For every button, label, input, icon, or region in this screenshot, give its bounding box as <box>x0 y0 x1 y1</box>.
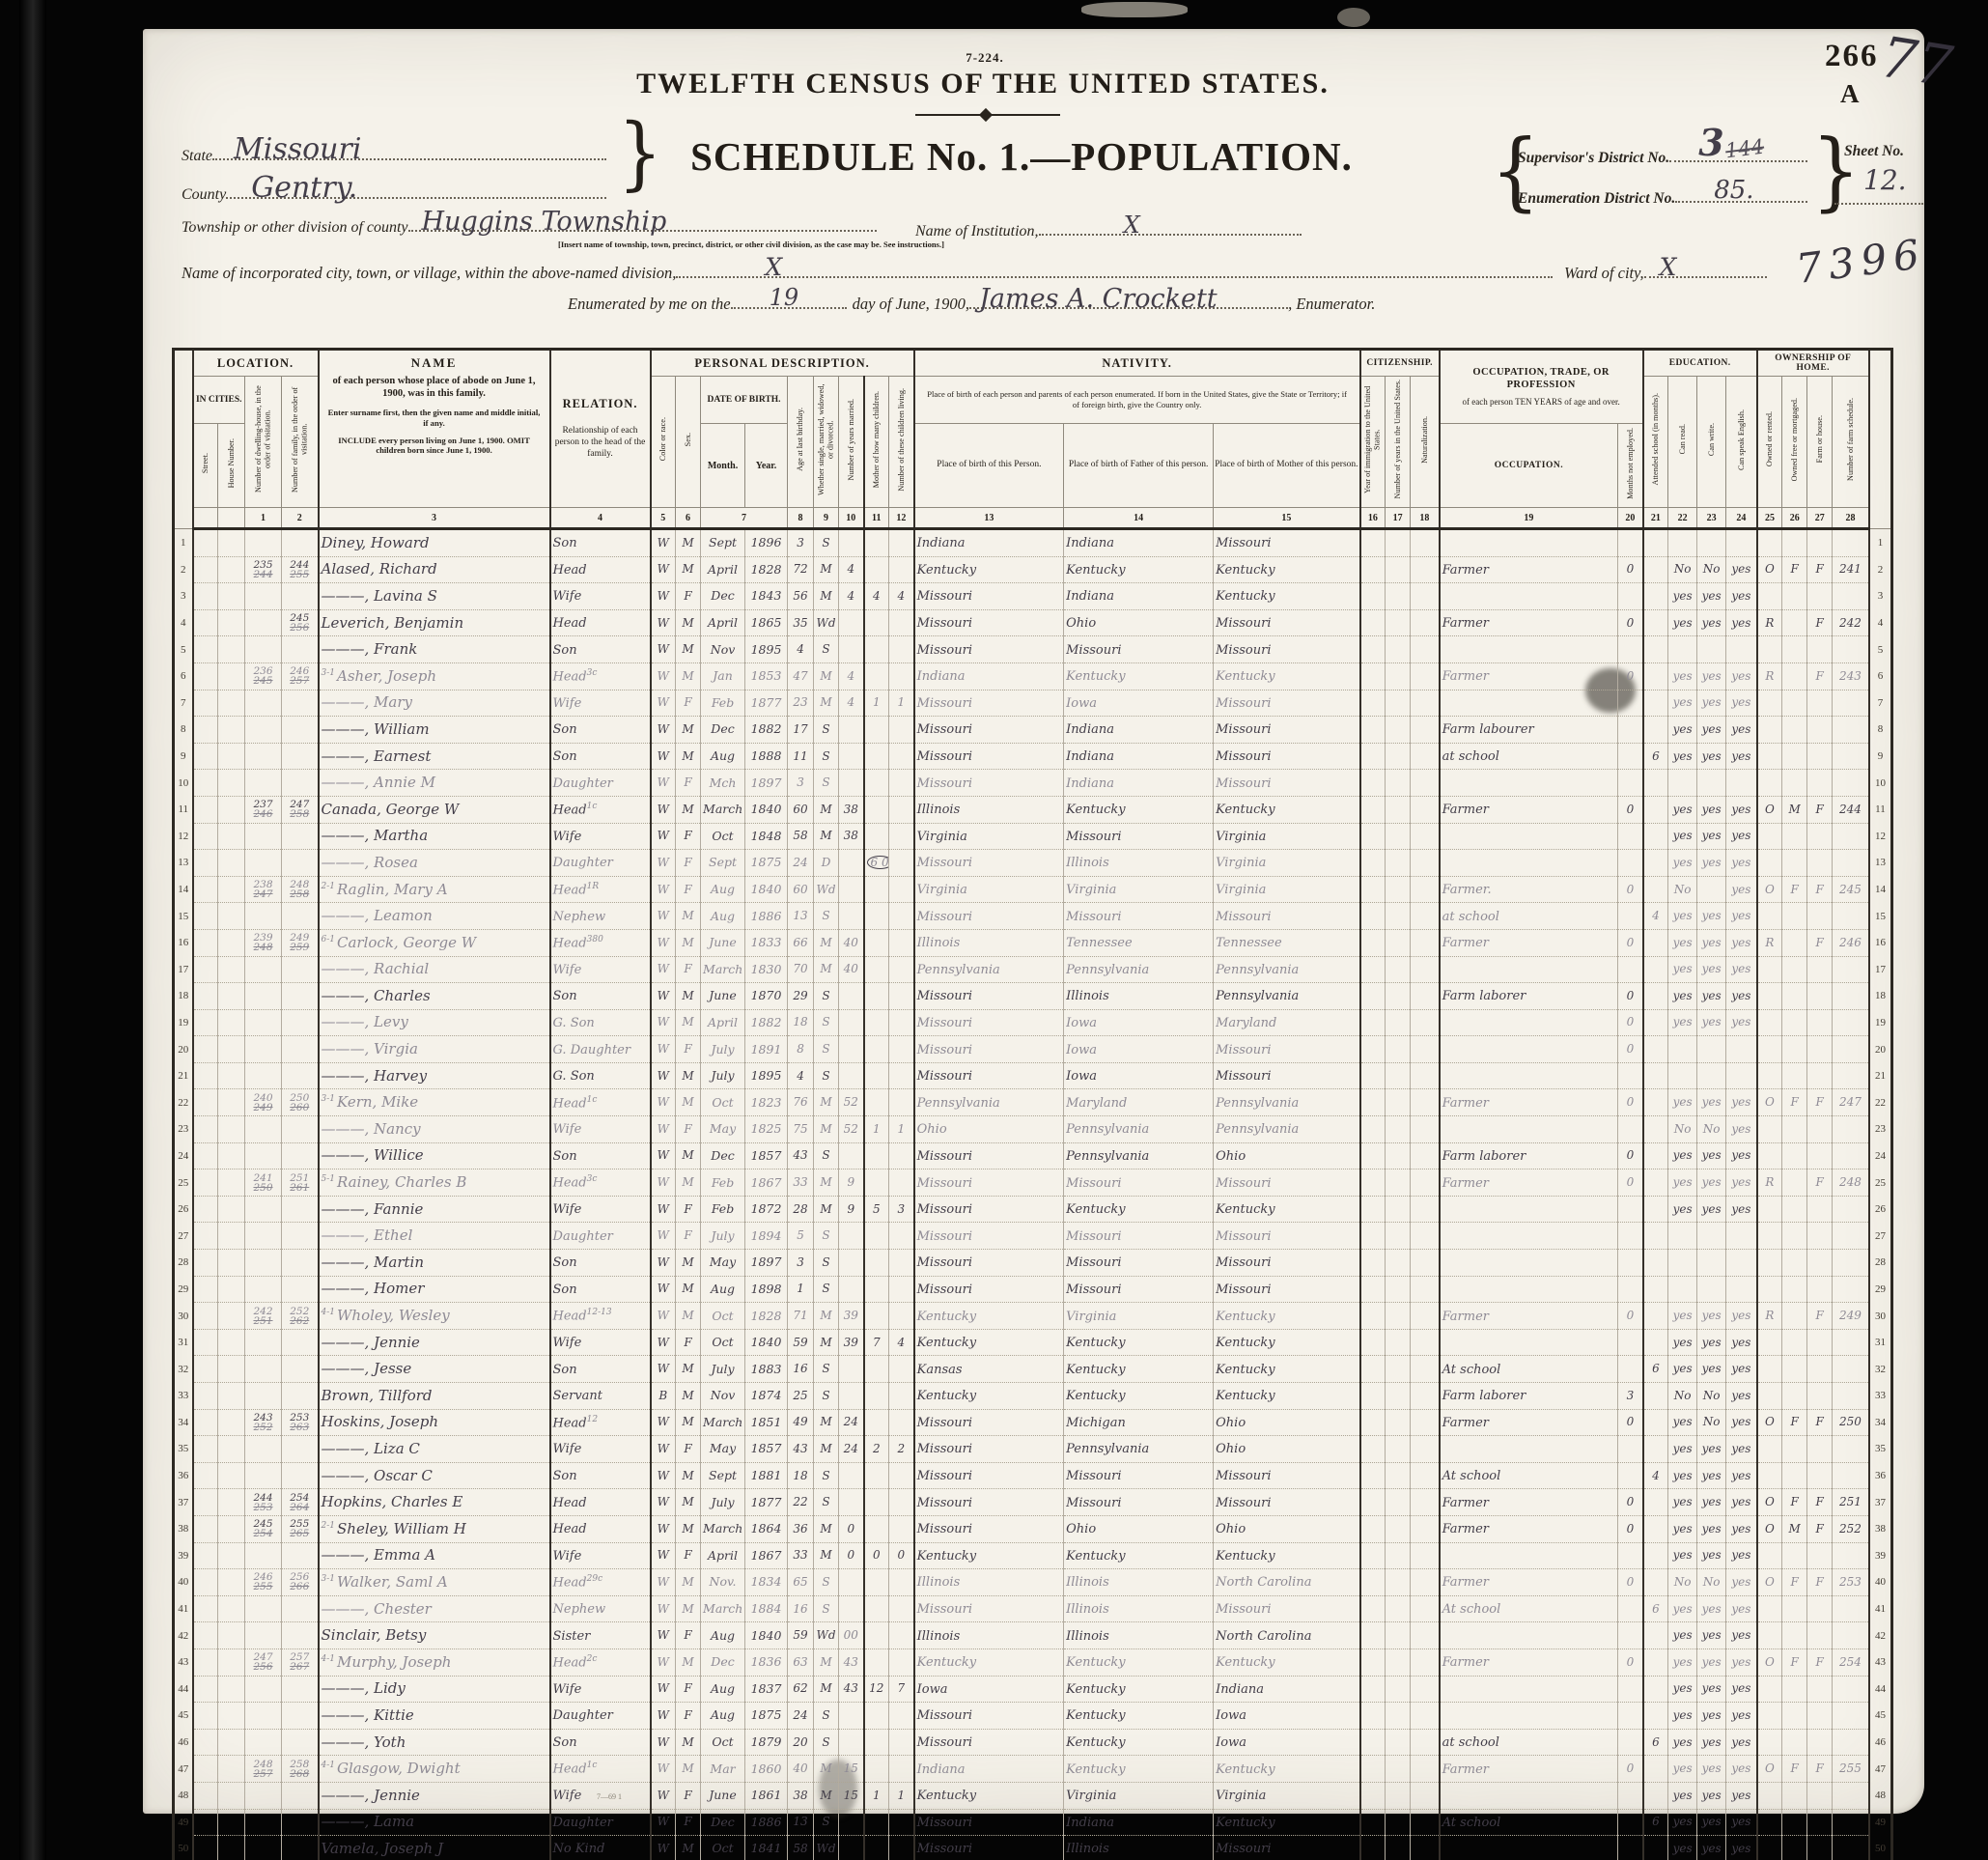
cell-name: ———, Levy <box>319 1009 550 1036</box>
cell-owned-rented <box>1757 1622 1782 1649</box>
cell-immigration-year <box>1360 1170 1386 1197</box>
cell-farm-house: F <box>1807 876 1833 903</box>
cell-house-number <box>218 770 245 797</box>
cell-color-race: W <box>651 1489 676 1516</box>
cell-speak-english: yes <box>1726 1782 1757 1809</box>
cell-speak-english <box>1726 1062 1757 1089</box>
cell-birthplace-person: Missouri <box>914 690 1064 717</box>
cell-months-not-employed <box>1618 903 1643 930</box>
census-row: 37244253254264Hopkins, Charles EHeadWMJu… <box>174 1489 1892 1516</box>
cell-farm-schedule <box>1833 1729 1869 1756</box>
cell-birth-month: Nov <box>701 636 745 663</box>
cell-occupation: Farmer <box>1440 1756 1618 1783</box>
line-number-right: 18 <box>1869 983 1892 1010</box>
cell-can-write: No <box>1697 1116 1726 1143</box>
cell-years-married: 15 <box>839 1756 864 1783</box>
cell-speak-english <box>1726 529 1757 557</box>
cell-attended-school <box>1643 529 1668 557</box>
cell-name: Leverich, Benjamin <box>319 609 550 636</box>
cell-birthplace-person: Indiana <box>914 662 1064 690</box>
cell-occupation: At school <box>1440 1595 1618 1622</box>
cell-occupation <box>1440 1250 1618 1277</box>
cell-name: ———, Martha <box>319 823 550 850</box>
cell-can-write: yes <box>1697 1489 1726 1516</box>
census-row: 42Sinclair, BetsySisterWFAug184059Wd00Il… <box>174 1622 1892 1649</box>
cell-age: 71 <box>788 1303 814 1330</box>
cell-farm-schedule: 246 <box>1833 929 1869 956</box>
margin-left-header <box>174 350 193 529</box>
cell-color-race: W <box>651 929 676 956</box>
cell-birthplace-father: Kentucky <box>1064 1542 1214 1569</box>
cell-immigration-year <box>1360 796 1386 823</box>
line-number-left: 9 <box>174 743 193 770</box>
cell-occupation <box>1440 1436 1618 1463</box>
cell-attended-school <box>1643 983 1668 1010</box>
cell-family-number: 255265 <box>282 1515 319 1542</box>
cell-birth-month: June <box>701 929 745 956</box>
cell-farm-schedule: 253 <box>1833 1569 1869 1596</box>
cell-mother-of-children: 0 <box>864 1542 889 1569</box>
cell-birth-month: Sept <box>701 1462 745 1489</box>
cell-immigration-year <box>1360 1756 1386 1783</box>
cell-mother-of-children <box>864 1276 889 1303</box>
cell-farm-schedule <box>1833 636 1869 663</box>
cell-years-married <box>839 850 864 877</box>
cell-children-living <box>889 1462 914 1489</box>
cell-street <box>193 903 218 930</box>
cell-mother-of-children <box>864 823 889 850</box>
cell-family-number: 253263 <box>282 1409 319 1436</box>
line-number-right: 35 <box>1869 1436 1892 1463</box>
line-number-right: 6 <box>1869 662 1892 690</box>
cell-immigration-year <box>1360 1489 1386 1516</box>
cell-house-number <box>218 529 245 557</box>
col-children-living: Number of these children living. <box>889 377 914 508</box>
cell-children-living <box>889 1223 914 1250</box>
cell-free-mortgaged: F <box>1782 1569 1807 1596</box>
cell-color-race: W <box>651 1089 676 1116</box>
cell-naturalization <box>1411 556 1440 583</box>
cell-color-race: W <box>651 1250 676 1277</box>
enumerated-mid: day of June, 1900, <box>853 295 969 314</box>
cell-house-number <box>218 1116 245 1143</box>
col-birthplace-mother: Place of birth of Mother of this person. <box>1214 424 1360 508</box>
line-number-right: 5 <box>1869 636 1892 663</box>
cell-years-married <box>839 1462 864 1489</box>
cell-family-number <box>282 1595 319 1622</box>
colnum-14: 14 <box>1064 508 1214 529</box>
cell-speak-english: yes <box>1726 662 1757 690</box>
cell-months-not-employed: 0 <box>1618 556 1643 583</box>
colnum-28: 28 <box>1833 508 1869 529</box>
line-number-left: 21 <box>174 1062 193 1089</box>
cell-owned-rented <box>1757 1383 1782 1410</box>
cell-birthplace-mother: North Carolina <box>1214 1569 1360 1596</box>
cell-mother-of-children <box>864 1036 889 1063</box>
cell-can-read: yes <box>1668 1836 1697 1860</box>
cell-mother-of-children <box>864 770 889 797</box>
cell-naturalization <box>1411 1489 1440 1516</box>
cell-mother-of-children <box>864 876 889 903</box>
cell-farm-schedule: 255 <box>1833 1756 1869 1783</box>
film-streak <box>19 0 46 1860</box>
cell-birth-year: 1877 <box>745 690 788 717</box>
cell-years-married <box>839 1009 864 1036</box>
col-year: Year. <box>745 424 788 508</box>
cell-marital-status: S <box>814 1009 839 1036</box>
cell-free-mortgaged <box>1782 1836 1807 1860</box>
cell-dwelling-number: 237246 <box>245 796 282 823</box>
institution-value: X <box>1124 211 1140 239</box>
cell-birthplace-mother: Pennsylvania <box>1214 983 1360 1010</box>
cell-years-in-us <box>1386 1116 1411 1143</box>
cell-color-race: W <box>651 1276 676 1303</box>
cell-birthplace-person: Missouri <box>914 1250 1064 1277</box>
cell-owned-rented <box>1757 1542 1782 1569</box>
cell-occupation <box>1440 1542 1618 1569</box>
cell-birthplace-mother: Virginia <box>1214 823 1360 850</box>
cell-speak-english: yes <box>1726 1649 1757 1676</box>
cell-attended-school <box>1643 717 1668 744</box>
cell-years-married <box>839 983 864 1010</box>
cell-dwelling-number <box>245 1462 282 1489</box>
cell-farm-house <box>1807 1383 1833 1410</box>
cell-birthplace-mother: Virginia <box>1214 850 1360 877</box>
cell-street <box>193 1462 218 1489</box>
cell-house-number <box>218 1729 245 1756</box>
census-row: 45———, KittieDaughterWFAug187524SMissour… <box>174 1703 1892 1730</box>
line-number-right: 9 <box>1869 743 1892 770</box>
cell-color-race: W <box>651 636 676 663</box>
cell-can-write: yes <box>1697 1009 1726 1036</box>
cell-free-mortgaged <box>1782 1142 1807 1170</box>
cell-naturalization <box>1411 1569 1440 1596</box>
cell-immigration-year <box>1360 1809 1386 1836</box>
cell-mother-of-children <box>864 717 889 744</box>
cell-occupation <box>1440 1009 1618 1036</box>
cell-attended-school <box>1643 1703 1668 1730</box>
cell-birthplace-person: Missouri <box>914 1703 1064 1730</box>
cell-relation: Wife <box>550 583 651 610</box>
cell-children-living <box>889 823 914 850</box>
census-row: 18———, CharlesSonWMJune187029SMissouriIl… <box>174 983 1892 1010</box>
enumerated-post: , Enumerator. <box>1288 295 1375 314</box>
cell-can-read: yes <box>1668 1542 1697 1569</box>
cell-farm-house <box>1807 583 1833 610</box>
cell-house-number <box>218 1276 245 1303</box>
cell-birthplace-mother: Kentucky <box>1214 1196 1360 1223</box>
cell-birth-month: Aug <box>701 1703 745 1730</box>
cell-birthplace-father: Missouri <box>1064 823 1214 850</box>
section-location: LOCATION. <box>193 350 319 377</box>
cell-months-not-employed: 3 <box>1618 1383 1643 1410</box>
cell-mother-of-children: 4 <box>864 583 889 610</box>
cell-immigration-year <box>1360 1836 1386 1860</box>
table-header: LOCATION. NAME of each person whose plac… <box>174 350 1892 529</box>
cell-can-read: No <box>1668 556 1697 583</box>
cell-owned-rented: O <box>1757 796 1782 823</box>
cell-birth-year: 1886 <box>745 1809 788 1836</box>
cell-years-married <box>839 636 864 663</box>
cell-free-mortgaged: F <box>1782 556 1807 583</box>
cell-birth-month: July <box>701 1223 745 1250</box>
cell-birth-year: 1840 <box>745 1329 788 1356</box>
cell-immigration-year <box>1360 1436 1386 1463</box>
cell-naturalization <box>1411 1170 1440 1197</box>
cell-sex: M <box>676 609 701 636</box>
cell-relation: Wife <box>550 956 651 983</box>
cell-birth-month: Feb <box>701 1196 745 1223</box>
cell-marital-status: S <box>814 1569 839 1596</box>
cell-children-living <box>889 743 914 770</box>
cell-birthplace-person: Illinois <box>914 1569 1064 1596</box>
cell-children-living <box>889 1036 914 1063</box>
cell-age: 17 <box>788 717 814 744</box>
cell-sex: F <box>676 1809 701 1836</box>
cell-dwelling-number: 239248 <box>245 929 282 956</box>
cell-house-number <box>218 1809 245 1836</box>
line-number-right: 14 <box>1869 876 1892 903</box>
cell-immigration-year <box>1360 1595 1386 1622</box>
cell-color-race: W <box>651 1595 676 1622</box>
section-personal: PERSONAL DESCRIPTION. <box>651 350 914 377</box>
cell-relation: G. Daughter <box>550 1036 651 1063</box>
cell-age: 47 <box>788 662 814 690</box>
cell-street <box>193 690 218 717</box>
cell-marital-status: S <box>814 1595 839 1622</box>
cell-birthplace-person: Kentucky <box>914 1329 1064 1356</box>
cell-birthplace-mother: Tennessee <box>1214 929 1360 956</box>
cell-age: 28 <box>788 1196 814 1223</box>
cell-color-race: W <box>651 1703 676 1730</box>
enumeration-line: 85. <box>1675 185 1807 203</box>
cell-birth-month: May <box>701 1250 745 1277</box>
cell-birthplace-person: Kentucky <box>914 1542 1064 1569</box>
cell-occupation <box>1440 1036 1618 1063</box>
cell-occupation: Farm laborer <box>1440 1142 1618 1170</box>
census-row: 11237246247258Canada, George WHead1cWMMa… <box>174 796 1892 823</box>
cell-birthplace-mother: North Carolina <box>1214 1622 1360 1649</box>
cell-farm-house <box>1807 717 1833 744</box>
cell-birthplace-mother: Missouri <box>1214 1462 1360 1489</box>
cell-immigration-year <box>1360 1569 1386 1596</box>
cell-relation: Wife <box>550 1196 651 1223</box>
cell-age: 60 <box>788 796 814 823</box>
cell-years-married: 15 <box>839 1782 864 1809</box>
cell-owned-rented: O <box>1757 1489 1782 1516</box>
cell-speak-english: yes <box>1726 1836 1757 1860</box>
cell-children-living <box>889 929 914 956</box>
cell-years-in-us <box>1386 636 1411 663</box>
cell-birthplace-person: Iowa <box>914 1676 1064 1703</box>
cell-birthplace-person: Missouri <box>914 609 1064 636</box>
cell-family-number <box>282 1436 319 1463</box>
cell-birthplace-mother: Missouri <box>1214 1062 1360 1089</box>
cell-speak-english: yes <box>1726 1729 1757 1756</box>
cell-immigration-year <box>1360 1622 1386 1649</box>
cell-birthplace-mother: Iowa <box>1214 1703 1360 1730</box>
state-field: State Missouri <box>182 143 606 165</box>
cell-can-write: yes <box>1697 929 1726 956</box>
cell-years-married: 38 <box>839 823 864 850</box>
census-row: 15———, LeamonNephewWMAug188613SMissouriM… <box>174 903 1892 930</box>
cell-years-in-us <box>1386 1462 1411 1489</box>
cell-can-write <box>1697 1250 1726 1277</box>
cell-owned-rented <box>1757 1836 1782 1860</box>
cell-marital-status: M <box>814 1089 839 1116</box>
district-brace-close: } <box>1811 121 1861 219</box>
cell-sex: M <box>676 983 701 1010</box>
cell-farm-house: F <box>1807 609 1833 636</box>
cell-attended-school: 6 <box>1643 1809 1668 1836</box>
cell-farm-house: F <box>1807 1409 1833 1436</box>
census-rows: 1Diney, HowardSonWMSept18963SIndianaIndi… <box>174 529 1892 1860</box>
cell-years-married <box>839 1489 864 1516</box>
cell-naturalization <box>1411 770 1440 797</box>
cell-name: 3-1Walker, Saml A <box>319 1569 550 1596</box>
line-number-right: 19 <box>1869 1009 1892 1036</box>
cell-immigration-year <box>1360 850 1386 877</box>
cell-naturalization <box>1411 1250 1440 1277</box>
cell-dwelling-number <box>245 743 282 770</box>
cell-months-not-employed: 0 <box>1618 1756 1643 1783</box>
cell-name: Vamela, Joseph J <box>319 1836 550 1860</box>
cell-months-not-employed <box>1618 1116 1643 1143</box>
cell-sex: M <box>676 1276 701 1303</box>
cell-name: 3-1Asher, Joseph <box>319 662 550 690</box>
cell-owned-rented <box>1757 1729 1782 1756</box>
cell-occupation: Farmer <box>1440 609 1618 636</box>
cell-family-number <box>282 1276 319 1303</box>
cell-immigration-year <box>1360 1676 1386 1703</box>
cell-name: ———, Jennie <box>319 1329 550 1356</box>
cell-years-married: 40 <box>839 956 864 983</box>
cell-free-mortgaged <box>1782 1782 1807 1809</box>
cell-color-race: B <box>651 1383 676 1410</box>
cell-years-in-us <box>1386 1515 1411 1542</box>
census-row: 29———, HomerSonWMAug18981SMissouriMissou… <box>174 1276 1892 1303</box>
cell-relation: Head380 <box>550 929 651 956</box>
census-row: 222402492502603-1Kern, MikeHead1cWMOct18… <box>174 1089 1892 1116</box>
cell-can-read: yes <box>1668 1089 1697 1116</box>
cell-can-write: yes <box>1697 1756 1726 1783</box>
cell-farm-schedule <box>1833 529 1869 557</box>
cell-can-read: yes <box>1668 1436 1697 1463</box>
cell-owned-rented <box>1757 1436 1782 1463</box>
cell-family-number <box>282 956 319 983</box>
cell-free-mortgaged <box>1782 1116 1807 1143</box>
cell-birthplace-father: Kentucky <box>1064 1329 1214 1356</box>
line-number-left: 24 <box>174 1142 193 1170</box>
cell-sex: M <box>676 662 701 690</box>
cell-years-married: 4 <box>839 556 864 583</box>
col-birthplace-father: Place of birth of Father of this person. <box>1064 424 1214 508</box>
cell-can-write <box>1697 770 1726 797</box>
cell-dwelling-number <box>245 1329 282 1356</box>
line-number-right: 37 <box>1869 1489 1892 1516</box>
census-row: 23———, NancyWifeWFMay182575M5211OhioPenn… <box>174 1116 1892 1143</box>
cell-years-married: 0 <box>839 1515 864 1542</box>
cell-occupation <box>1440 1062 1618 1089</box>
cell-age: 4 <box>788 636 814 663</box>
cell-mother-of-children <box>864 636 889 663</box>
cell-house-number <box>218 823 245 850</box>
cell-years-in-us <box>1386 1729 1411 1756</box>
cell-relation: G. Son <box>550 1009 651 1036</box>
cell-can-read: yes <box>1668 956 1697 983</box>
cell-marital-status: M <box>814 1329 839 1356</box>
cell-free-mortgaged <box>1782 1303 1807 1330</box>
cell-naturalization <box>1411 743 1440 770</box>
cell-naturalization <box>1411 609 1440 636</box>
cell-children-living <box>889 1142 914 1170</box>
cell-color-race: W <box>651 1462 676 1489</box>
cell-farm-schedule <box>1833 823 1869 850</box>
cell-occupation: Farmer. <box>1440 876 1618 903</box>
cell-attended-school <box>1643 876 1668 903</box>
cell-years-in-us <box>1386 1756 1411 1783</box>
cell-sex: F <box>676 1676 701 1703</box>
cell-speak-english: yes <box>1726 796 1757 823</box>
line-number-left: 45 <box>174 1703 193 1730</box>
cell-street <box>193 662 218 690</box>
cell-immigration-year <box>1360 690 1386 717</box>
census-row: 12———, MarthaWifeWFOct184858M38VirginiaM… <box>174 823 1892 850</box>
cell-naturalization <box>1411 636 1440 663</box>
cell-birthplace-father: Kentucky <box>1064 1703 1214 1730</box>
cell-owned-rented <box>1757 1782 1782 1809</box>
cell-farm-house <box>1807 1196 1833 1223</box>
cell-marital-status: S <box>814 983 839 1010</box>
cell-free-mortgaged <box>1782 1542 1807 1569</box>
line-number-right: 4 <box>1869 609 1892 636</box>
cell-dwelling-number <box>245 636 282 663</box>
cell-family-number <box>282 1142 319 1170</box>
cell-family-number <box>282 1356 319 1383</box>
cell-marital-status: M <box>814 956 839 983</box>
cell-marital-status: M <box>814 1170 839 1197</box>
enumerated-day: 19 <box>770 284 799 311</box>
cell-farm-schedule <box>1833 1009 1869 1036</box>
cell-birthplace-father: Illinois <box>1064 983 1214 1010</box>
cell-marital-status: S <box>814 1142 839 1170</box>
cell-marital-status: M <box>814 1303 839 1330</box>
cell-marital-status: S <box>814 1356 839 1383</box>
cell-attended-school <box>1643 956 1668 983</box>
line-number-right: 7 <box>1869 690 1892 717</box>
cell-speak-english: yes <box>1726 929 1757 956</box>
census-row: 19———, LevyG. SonWMApril188218SMissouriI… <box>174 1009 1892 1036</box>
cell-street <box>193 1729 218 1756</box>
cell-farm-house <box>1807 1142 1833 1170</box>
cell-house-number <box>218 1223 245 1250</box>
cell-name: ———, Oscar C <box>319 1462 550 1489</box>
cell-dwelling-number <box>245 1436 282 1463</box>
cell-birth-year: 1891 <box>745 1036 788 1063</box>
cell-street <box>193 1409 218 1436</box>
cell-months-not-employed <box>1618 1196 1643 1223</box>
cell-naturalization <box>1411 1782 1440 1809</box>
cell-color-race: W <box>651 1622 676 1649</box>
cell-speak-english <box>1726 1036 1757 1063</box>
cell-sex: F <box>676 1542 701 1569</box>
cell-speak-english <box>1726 1276 1757 1303</box>
cell-attended-school: 6 <box>1643 1595 1668 1622</box>
supervisor-struck-value: 144 <box>1724 135 1766 163</box>
cell-free-mortgaged <box>1782 583 1807 610</box>
county-label: County <box>182 186 226 204</box>
cell-age: 49 <box>788 1409 814 1436</box>
